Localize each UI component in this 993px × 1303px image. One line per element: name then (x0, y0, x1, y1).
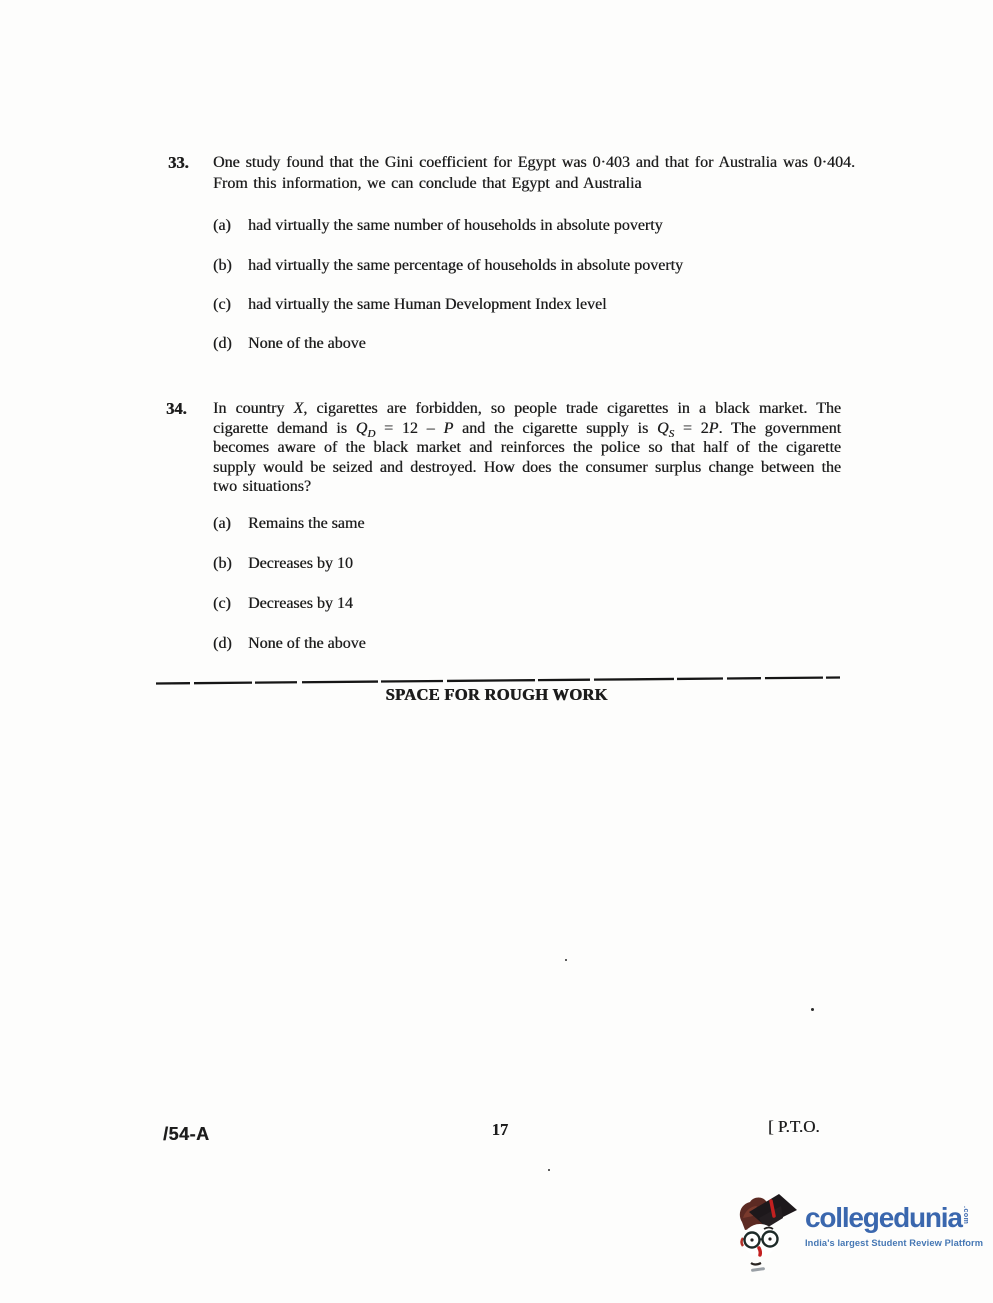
supply-symbol: Q (657, 420, 669, 437)
option-label: (c) (213, 595, 248, 613)
logo-brand-text: collegedunia (805, 1202, 962, 1234)
option-text: None of the above (248, 335, 366, 352)
question-33-option-b: (b)had virtually the same percentage of … (213, 257, 683, 275)
page-number: 17 (480, 1120, 520, 1140)
demand-symbol: Q (356, 420, 368, 437)
collegedunia-mascot-icon (733, 1192, 801, 1272)
option-text: had virtually the same number of househo… (248, 217, 663, 234)
question-34-number: 34. (166, 399, 187, 419)
option-label: (a) (213, 217, 248, 235)
option-label: (d) (213, 335, 248, 353)
scan-speck (548, 1169, 550, 1171)
option-text: had virtually the same Human Development… (248, 296, 607, 313)
option-label: (a) (213, 515, 248, 533)
rough-work-heading: SPACE FOR ROUGH WORK (0, 685, 993, 705)
option-label: (b) (213, 555, 248, 573)
question-34-option-b: (b)Decreases by 10 (213, 555, 353, 573)
option-label: (c) (213, 296, 248, 314)
question-34-text: In country X, cigarettes are forbidden, … (213, 399, 841, 497)
collegedunia-logo: collegedunia.com India's largest Student… (733, 1192, 973, 1282)
logo-tagline: India's largest Student Review Platform (805, 1238, 973, 1248)
option-text: Remains the same (248, 515, 364, 532)
question-33-text: One study found that the Gini coefficien… (213, 153, 855, 194)
logo-domain-suffix: .com (962, 1206, 969, 1224)
option-text: Decreases by 10 (248, 555, 353, 572)
question-33-option-c: (c)had virtually the same Human Developm… (213, 296, 607, 314)
question-33-number: 33. (168, 153, 189, 173)
option-text: None of the above (248, 635, 366, 652)
scan-speck (565, 959, 567, 961)
question-34-option-c: (c)Decreases by 14 (213, 595, 353, 613)
question-33-option-a: (a)had virtually the same number of hous… (213, 217, 663, 235)
option-label: (b) (213, 257, 248, 275)
pto-label: [ P.T.O. (768, 1117, 820, 1137)
question-34-option-a: (a)Remains the same (213, 515, 364, 533)
option-label: (d) (213, 635, 248, 653)
logo-text-block: collegedunia.com India's largest Student… (805, 1202, 973, 1248)
scan-speck (811, 1008, 814, 1011)
question-33-option-d: (d)None of the above (213, 335, 366, 353)
booklet-code: /54-A (163, 1124, 210, 1145)
option-text: Decreases by 14 (248, 595, 353, 612)
scanned-exam-page: 33. One study found that the Gini coeffi… (0, 0, 993, 1303)
option-text: had virtually the same percentage of hou… (248, 257, 683, 274)
question-34-option-d: (d)None of the above (213, 635, 366, 653)
